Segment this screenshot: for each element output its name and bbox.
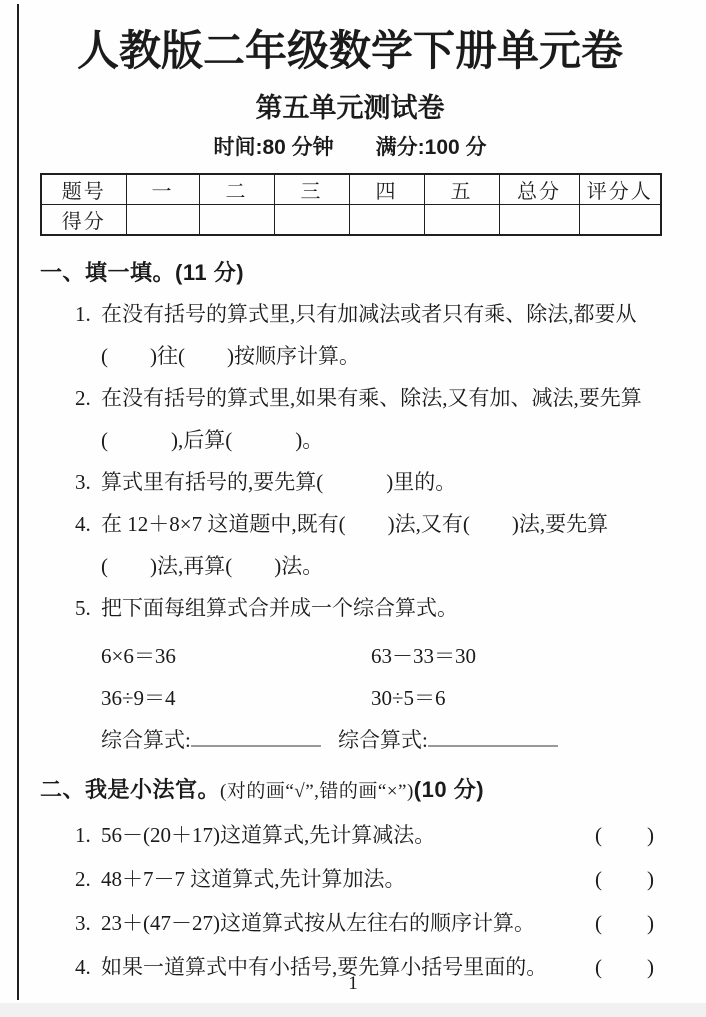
item-line-blanks: ( )往( )按顺序计算。 (101, 345, 660, 367)
item-number: 1. (75, 824, 101, 846)
exam-paper-page: 人教版二年级数学下册单元卷 第五单元测试卷 时间:80 分钟满分:100 分 题… (0, 0, 706, 1017)
true-false-item-2: 2. 48＋7－7 这道算式,先计算加法。 ( ) (75, 868, 655, 890)
item-text: 48＋7－7 这道算式,先计算加法。 (101, 868, 595, 890)
section-two-title: 二、我是小法官。 (40, 777, 220, 802)
equation-row-1: 6×6＝36 63－33＝30 (101, 645, 660, 667)
score-table: 题号 一 二 三 四 五 总分 评分人 得分 (40, 173, 662, 236)
fill-in-item-1: 1. 在没有括号的算式里,只有加减法或者只有乘、除法,都要从 ( )往( )按顺… (75, 303, 660, 367)
score-header-cell: 四 (349, 174, 424, 205)
item-number: 3. (75, 912, 101, 934)
answer-blank-line (428, 730, 558, 747)
item-number: 4. (75, 513, 101, 535)
item-line: 算式里有括号的,要先算( )里的。 (101, 471, 660, 493)
item-line: 在没有括号的算式里,只有加减法或者只有乘、除法,都要从 (101, 303, 660, 325)
item-line-blanks: ( )法,再算( )法。 (101, 555, 660, 577)
time-limit: 时间:80 分钟 (213, 136, 333, 159)
score-cell-empty (274, 205, 349, 236)
equation-row-2: 36÷9＝4 30÷5＝6 (101, 687, 660, 709)
item-body: 在没有括号的算式里,只有加减法或者只有乘、除法,都要从 ( )往( )按顺序计算… (101, 303, 660, 367)
combined-label: 综合算式: (101, 728, 191, 752)
score-cell-empty (199, 205, 274, 236)
score-cell-empty (349, 205, 424, 236)
page-number: 1 (0, 973, 706, 995)
item-line: 在 12＋8×7 这道题中,既有( )法,又有( )法,要先算 (101, 513, 660, 535)
item-number: 2. (75, 387, 101, 409)
score-cell-empty (126, 205, 199, 236)
paper-title: 人教版二年级数学下册单元卷 (40, 27, 660, 77)
equation-right-1: 63－33＝30 (371, 645, 476, 667)
score-cell-empty (499, 205, 579, 236)
score-cell-empty (579, 205, 661, 236)
answer-parentheses: ( ) (595, 868, 655, 890)
item-number: 3. (75, 471, 101, 493)
combined-expression-right: 综合算式: (338, 729, 575, 751)
score-header-cell: 一 (126, 174, 199, 205)
fill-in-item-3: 3. 算式里有括号的,要先算( )里的。 (75, 471, 660, 493)
page-content: 人教版二年级数学下册单元卷 第五单元测试卷 时间:80 分钟满分:100 分 题… (40, 0, 660, 978)
score-header-cell: 五 (424, 174, 499, 205)
score-table-score-row: 得分 (41, 205, 661, 236)
section-two-points: (10 分) (414, 777, 484, 802)
score-cell-empty (424, 205, 499, 236)
true-false-item-3: 3. 23＋(47－27)这道算式按从左往右的顺序计算。 ( ) (75, 912, 655, 934)
item-line: 在没有括号的算式里,如果有乘、除法,又有加、减法,要先算 (101, 387, 660, 409)
equation-left-1: 6×6＝36 (101, 645, 371, 667)
answer-blank-line (191, 730, 321, 747)
section-two-heading: 二、我是小法官。(对的画“√”,错的画“×”)(10 分) (40, 778, 660, 804)
fill-in-item-4: 4. 在 12＋8×7 这道题中,既有( )法,又有( )法,要先算 ( )法,… (75, 513, 660, 577)
scan-edge-shadow (0, 1003, 706, 1017)
combined-expression-row: 综合算式: 综合算式: (101, 729, 660, 751)
score-header-cell: 题号 (41, 174, 126, 205)
score-table-header-row: 题号 一 二 三 四 五 总分 评分人 (41, 174, 661, 205)
equation-right-2: 30÷5＝6 (371, 687, 446, 709)
score-header-cell: 三 (274, 174, 349, 205)
combined-label: 综合算式: (338, 728, 428, 752)
fill-in-item-5: 5. 把下面每组算式合并成一个综合算式。 6×6＝36 63－33＝30 36÷… (75, 597, 660, 751)
exam-meta: 时间:80 分钟满分:100 分 (40, 136, 660, 160)
score-row-label: 得分 (41, 205, 126, 236)
item-text: 23＋(47－27)这道算式按从左往右的顺序计算。 (101, 912, 595, 934)
item-body: 算式里有括号的,要先算( )里的。 (101, 471, 660, 493)
full-score: 满分:100 分 (376, 136, 487, 159)
equation-left-2: 36÷9＝4 (101, 687, 371, 709)
section-one-heading: 一、填一填。(11 分) (40, 261, 660, 285)
score-header-cell: 二 (199, 174, 274, 205)
true-false-item-1: 1. 56－(20＋17)这道算式,先计算减法。 ( ) (75, 824, 655, 846)
score-header-cell: 总分 (499, 174, 579, 205)
item-number: 1. (75, 303, 101, 325)
left-margin-rule (17, 4, 19, 1000)
answer-parentheses: ( ) (595, 824, 655, 846)
item-number: 5. (75, 597, 101, 619)
item-line: 把下面每组算式合并成一个综合算式。 (101, 597, 660, 619)
item-body: 在 12＋8×7 这道题中,既有( )法,又有( )法,要先算 ( )法,再算(… (101, 513, 660, 577)
score-header-cell: 评分人 (579, 174, 661, 205)
item-body: 在没有括号的算式里,如果有乘、除法,又有加、减法,要先算 ( ),后算( )。 (101, 387, 660, 451)
item-line-blanks: ( ),后算( )。 (101, 429, 660, 451)
item-text: 56－(20＋17)这道算式,先计算减法。 (101, 824, 595, 846)
answer-parentheses: ( ) (595, 912, 655, 934)
fill-in-item-2: 2. 在没有括号的算式里,如果有乘、除法,又有加、减法,要先算 ( ),后算( … (75, 387, 660, 451)
item-body: 把下面每组算式合并成一个综合算式。 6×6＝36 63－33＝30 36÷9＝4… (101, 597, 660, 751)
item-number: 2. (75, 868, 101, 890)
section-two-note: (对的画“√”,错的画“×”) (220, 781, 414, 802)
unit-title: 第五单元测试卷 (40, 93, 660, 123)
combined-expression-left: 综合算式: (101, 729, 338, 751)
